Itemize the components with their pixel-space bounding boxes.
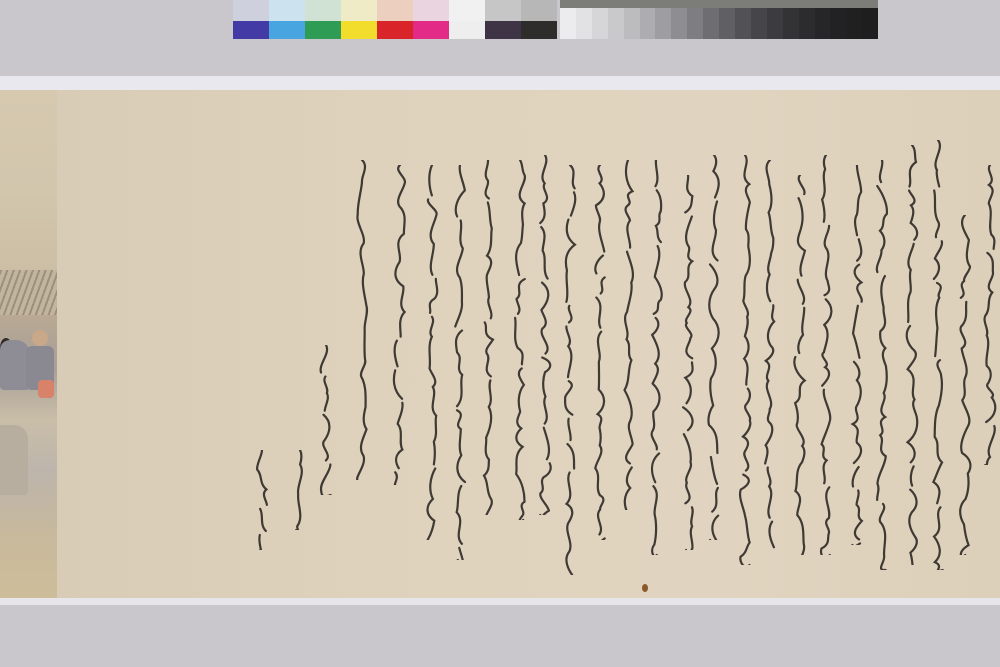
- calligraphy-column: [871, 160, 893, 570]
- calligraphy-column: [815, 155, 837, 555]
- gray-step: [719, 8, 735, 39]
- calligraphy-column: [617, 160, 639, 510]
- gray-step: [735, 8, 751, 39]
- calligraphy-column: [289, 450, 311, 530]
- color-patch: [449, 0, 485, 39]
- calligraphy-column: [315, 345, 337, 495]
- color-patch: [233, 0, 269, 39]
- calligraphy-column: [534, 155, 556, 515]
- calligraphy-column: [421, 165, 443, 540]
- gray-step: [687, 8, 703, 39]
- red-garment: [38, 380, 54, 398]
- grayscale-ramp: [560, 8, 878, 39]
- calligraphy-column: [559, 165, 581, 575]
- painted-scene-panel: [0, 90, 57, 598]
- color-patch: [269, 0, 305, 39]
- color-patch: [485, 0, 521, 39]
- gray-step: [830, 8, 846, 39]
- calligraphy-column: [954, 215, 976, 555]
- gray-step: [608, 8, 624, 39]
- calligraphy-column: [846, 165, 868, 545]
- calligraphy-column: [449, 165, 471, 560]
- calligraphy-column: [703, 155, 725, 540]
- calligraphy-column: [589, 165, 611, 540]
- calligraphy-column: [734, 155, 756, 565]
- gray-step: [783, 8, 799, 39]
- gray-step: [640, 8, 656, 39]
- gray-step: [560, 8, 576, 39]
- calligraphy-column: [979, 165, 1000, 465]
- gray-step: [815, 8, 831, 39]
- calligraphy-column: [927, 140, 949, 570]
- gray-step: [592, 8, 608, 39]
- calligraphy-column: [901, 145, 923, 565]
- calligraphy-column: [477, 160, 499, 515]
- gray-step: [703, 8, 719, 39]
- gray-step: [624, 8, 640, 39]
- scroll-mount-top-edge: [0, 76, 1000, 90]
- calligraphy-column: [251, 450, 273, 550]
- garden-rock: [0, 425, 28, 495]
- gray-step: [655, 8, 671, 39]
- calligraphy-column: [389, 165, 411, 485]
- calligraphy-column: [759, 160, 781, 550]
- calligraphy-column: [645, 160, 667, 555]
- gray-step: [846, 8, 862, 39]
- gray-step: [751, 8, 767, 39]
- gray-step: [671, 8, 687, 39]
- monk-head: [32, 330, 48, 346]
- gray-step: [862, 8, 878, 39]
- gray-step: [767, 8, 783, 39]
- calligraphy-column: [509, 160, 531, 520]
- color-patch: [413, 0, 449, 39]
- color-patch: [521, 0, 557, 39]
- gray-ramp-label-strip: [560, 0, 878, 8]
- thatched-roof: [0, 270, 57, 315]
- calligraphy-column: [351, 160, 373, 480]
- gray-step: [799, 8, 815, 39]
- color-patch: [377, 0, 413, 39]
- gray-step: [576, 8, 592, 39]
- color-patch: [341, 0, 377, 39]
- paper-stain: [642, 584, 648, 592]
- calligraphy-column: [677, 175, 699, 550]
- calligraphy-column: [789, 175, 811, 555]
- scroll-mount-bottom-edge: [0, 598, 1000, 605]
- color-patch: [305, 0, 341, 39]
